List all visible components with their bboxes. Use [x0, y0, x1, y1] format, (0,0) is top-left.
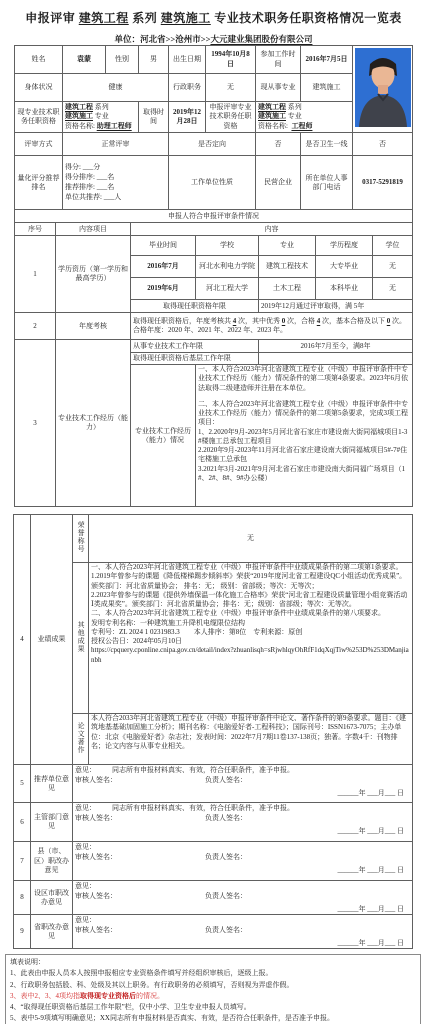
unit-nature-label: 工作单位性质: [169, 156, 256, 210]
unit-line: 单位：河北省>>沧州市>>大元建业集团股份有限公司: [14, 33, 413, 45]
reviewer-sign-label: 审核人签名：: [75, 926, 117, 934]
opinion5-no: 5: [14, 765, 31, 803]
edu-col-major: 专业: [259, 236, 316, 256]
edu-col-date: 毕业时间: [131, 236, 196, 256]
review-mode-label: 评审方式: [15, 133, 63, 156]
opinion8-no: 8: [14, 881, 31, 915]
quant-total: 单位共推荐: ___人: [65, 193, 166, 202]
note-item-1: 1、此表由申报人员本人按照申报相应专业资格条件填写并经组织审核后，逐级上报。: [10, 968, 416, 979]
experience-paragraph: 一、本人符合2023年河北省建筑工程专业（中级）申报评审条件中专业技术工作经历（…: [198, 365, 410, 393]
leader-sign-label: 负责人签名：: [205, 926, 247, 934]
opinion6-content: 意见：同志所有申报材料真实、有效，符合任职条件，准予申报。 审核人签名：负责人签…: [73, 803, 413, 842]
work-years-value: 2016年7月至今，满8年: [259, 340, 413, 353]
opinion-date-line: ______年 ___月___ 日: [75, 827, 410, 836]
target-qual-label: 申报评审专业技术职务任职资格: [206, 101, 256, 133]
table-row: 6 主管部门意见 意见：同志所有申报材料真实、有效，符合任职条件，准予申报。 审…: [14, 803, 413, 842]
target-qual-major: 建筑施工: [258, 112, 286, 120]
other-results-label: 其他成果: [73, 563, 89, 714]
opinion-date-line: ______年 ___月___ 日: [75, 789, 410, 798]
opinion-label: 意见：: [75, 804, 96, 812]
opinion5-label: 推荐单位意见: [31, 765, 73, 803]
opinion-date-line: ______年 ___月___ 日: [75, 905, 410, 914]
opinion9-no: 9: [14, 915, 31, 949]
opinion5-content: 意见：同志所有申报材料真实、有效，符合任职条件，准予申报。 审核人签名：负责人签…: [73, 765, 413, 803]
quant-recommend-rank: 推荐排序: ___名: [65, 183, 166, 192]
table-row: 8 设区市职改办意见 意见： 审核人签名：负责人签名： ______年 ___月…: [14, 881, 413, 915]
experience-paragraph: 二、本人符合2023年河北省建筑工程专业（中级）申报评审条件中专业技术工作经历（…: [198, 400, 410, 428]
tenure-label: 取得现任职资格年限: [131, 300, 259, 313]
paper-label-text: 论文著作: [76, 722, 85, 754]
appraisal-seg: 次，基本合格及以下: [320, 317, 387, 325]
opinion-date-line: ______年 ___月___ 日: [75, 866, 410, 875]
opinion-label: 意见：: [75, 766, 96, 774]
paper-label: 论文著作: [73, 714, 89, 765]
edu-row1-date: 2016年7月: [131, 256, 196, 278]
appraisal-seg: 次，其中优秀: [236, 317, 282, 325]
profession-value: 建筑施工: [301, 74, 353, 101]
opinion8-content: 意见： 审核人签名：负责人签名： ______年 ___月___ 日: [73, 881, 413, 915]
col-content: 内容: [131, 223, 413, 236]
patent-name: 发明专利名称：一种建筑施工升降机电缆限位结构: [91, 619, 410, 628]
tenure-value: 2019年12月通过评审取得，满 5年: [259, 300, 413, 313]
frontline-value: 否: [353, 133, 413, 156]
edu-col-diploma: 学位: [373, 236, 413, 256]
achievements-no: 4: [14, 515, 31, 765]
admin-label: 行政职务: [169, 74, 206, 101]
title-series: 建筑工程: [79, 11, 129, 25]
directional-label: 是否定向: [169, 133, 256, 156]
health-value: 健康: [63, 74, 169, 101]
note3-emphasis: 取得现专业资格后: [80, 992, 136, 1000]
other-results-label-text: 其他成果: [76, 621, 85, 653]
work-years-label: 从事专业技术工作年限: [131, 340, 259, 353]
appraisal-item: 年度考核: [56, 313, 131, 340]
experience-detail: 一、本人符合2023年河北省建筑工程专业（中级）申报评审条件中专业技术工作经历（…: [196, 365, 413, 507]
conditions-section-title: 申报人符合申报评审条件情况: [15, 210, 413, 223]
note-item-2: 2、行政职务包括股、科、处级及其以上职务。有行政职务的必须填写，否则视为弄虚作假…: [10, 980, 416, 991]
achievements-opinions-table: 4 业绩成果 荣誉称号 无 其他成果 一、本人符合2023年河北省建筑工程专业（…: [13, 514, 413, 949]
edu-row1-degree: 大专毕业: [316, 256, 373, 278]
honor-value: 无: [89, 515, 413, 563]
page-title: 申报评审 建筑工程 系列 建筑施工 专业技术职务任职资格情况一览表: [14, 9, 413, 26]
honor-label: 荣誉称号: [73, 515, 89, 563]
title-suffix: 专业技术职务任职资格情况一览表: [214, 11, 402, 25]
note3-suffix: 的情况。: [136, 992, 164, 1000]
opinion6-no: 6: [14, 803, 31, 842]
obtain-value: 2019年12月28日: [169, 101, 206, 133]
review-mode-value: 正常评审: [63, 133, 169, 156]
applicant-info-table: 姓名 袁蒙 性别 男 出生日期 1994年10月8日 参加工作时间 2016年7…: [14, 45, 413, 210]
target-qual-series-suffix: 系列: [288, 103, 302, 111]
title-major: 建筑施工: [161, 11, 211, 25]
reviewer-sign-label: 审核人签名：: [75, 892, 117, 900]
opinion9-label: 省职改办意见: [31, 915, 73, 949]
experience-item: 专业技术工作经历（能力）: [56, 340, 131, 507]
obtain-label: 取得时间: [139, 101, 169, 133]
experience-project: 3.2021年3月-2021年9月河北省石家庄市建设南大街同福广场项目（1#、2…: [198, 465, 410, 483]
gender-value: 男: [139, 46, 169, 74]
appraisal-seg: 取得现任职资格后，年度考核共: [133, 317, 233, 325]
work-start-label: 参加工作时间: [256, 46, 301, 74]
leader-sign-label: 负责人签名：: [205, 853, 247, 861]
education-item: 学历资历（第一学历和最高学历）: [56, 236, 131, 313]
reviewer-sign-label: 审核人签名：: [75, 776, 117, 784]
opinion-date-line: ______年 ___月___ 日: [75, 939, 410, 948]
reviewer-sign-label: 审核人签名：: [75, 814, 117, 822]
other-paragraph: 1.2019年曾参与的课题《降低楼梯踢步倾斜率》荣获“2019年度河北省工程建设…: [91, 572, 410, 590]
appraisal-text: 取得现任职资格后，年度考核共 4 次，其中优秀 0 次，合格 4 次，基本合格及…: [131, 313, 413, 340]
current-qual-series: 建筑工程: [65, 103, 93, 111]
edu-row2-diploma: 无: [373, 278, 413, 300]
edu-row1-diploma: 无: [373, 256, 413, 278]
opinion-label: 意见：: [75, 882, 96, 890]
current-qual-major: 建筑施工: [65, 112, 93, 120]
form-notes: 填表说明： 1、此表由申报人员本人按照申报相应专业资格条件填写并经组织审核后，逐…: [5, 954, 421, 1024]
target-qual-major-suffix: 专业: [288, 112, 302, 120]
opinion7-label: 县（市、区）职改办意见: [31, 842, 73, 881]
other-paragraph: 2.2023年曾参与的课题《提供外墙保温一体化施工合格率》荣获“河北省工程建设质…: [91, 591, 410, 609]
hr-phone-label: 所在单位人事部门电话: [301, 156, 353, 210]
target-qual-name-label: 资格名称:: [258, 122, 288, 130]
admin-value: 无: [206, 74, 256, 101]
title-prefix: 申报评审: [25, 11, 75, 25]
gender-label: 性别: [106, 46, 139, 74]
applicant-photo-image: [355, 48, 411, 127]
target-qual-series: 建筑工程: [258, 103, 286, 111]
education-no: 1: [15, 236, 56, 313]
work-start-value: 2016年7月5日: [301, 46, 353, 74]
birth-label: 出生日期: [169, 46, 206, 74]
frontline-label: 是否卫生一线: [301, 133, 353, 156]
reviewer-sign-label: 审核人签名：: [75, 853, 117, 861]
leader-sign-label: 负责人签名：: [205, 776, 247, 784]
unit-label: 单位：: [115, 34, 141, 44]
appraisal-seg: 次，合格: [285, 317, 317, 325]
note-item-4: 4、“取得现任职资格后基层工作年限”栏，仅中小学、卫生专业申报人员填写。: [10, 1002, 416, 1013]
edu-row1-major: 建筑工程技术: [259, 256, 316, 278]
opinion-label: 意见：: [75, 916, 96, 924]
current-qual-series-suffix: 系列: [95, 103, 109, 111]
patent-grant-date: 授权公告日：2024年05月10日: [91, 637, 410, 646]
opinion7-content: 意见： 审核人签名：负责人签名： ______年 ___月___ 日: [73, 842, 413, 881]
birth-value: 1994年10月8日: [206, 46, 256, 74]
edu-row2-date: 2019年6月: [131, 278, 196, 300]
experience-project: 2.2020年9月-2023年11月河北省石家庄建设南大街同福城项目5#-7#住…: [198, 446, 410, 464]
current-qual-name-label: 资格名称:: [65, 122, 95, 130]
note-item-5: 5、表中5-9项填写明确意见；XX同志所有申报材料是否真实、有效，是否符合任职条…: [10, 1013, 416, 1024]
patent-number: 专利号：ZL 2024 1 0231983.3 本人排序：第8位 专利来源：原创: [91, 628, 410, 637]
patent-url: https://cpquery.cponline.cnipa.gov.cn/de…: [91, 646, 410, 664]
edu-col-degree: 学历程度: [316, 236, 373, 256]
experience-detail-label: 专业技术工作经历（能力）情况: [131, 365, 196, 507]
col-no: 序号: [15, 223, 56, 236]
table-row: 9 省职改办意见 意见： 审核人签名：负责人签名： ______年 ___月__…: [14, 915, 413, 949]
health-label: 身体状况: [15, 74, 63, 101]
other-paragraph: 二、本人符合2023年河北省建筑工程专业（中级）申报评审条件中业绩成果条件的第八…: [91, 609, 410, 618]
current-qual-name: 助理工程师: [97, 122, 132, 130]
name-value: 袁蒙: [63, 46, 106, 74]
leader-sign-label: 负责人签名：: [205, 814, 247, 822]
title-mid: 系列: [132, 11, 157, 25]
notes-title: 填表说明：: [10, 957, 416, 968]
leader-sign-label: 负责人签名：: [205, 892, 247, 900]
current-qual-value: 建筑工程 系列 建筑施工 专业 资格名称: 助理工程师: [63, 101, 139, 133]
edu-row2-school: 河北工程大学: [196, 278, 259, 300]
note-item-3: 3、表中2、3、4项均指取得现专业资格后的情况。: [10, 991, 416, 1002]
grassroots-value: [259, 353, 413, 365]
current-qual-major-suffix: 专业: [95, 112, 109, 120]
unit-region: 河北省>>沧州市>>: [140, 34, 210, 44]
grassroots-label: 取得现任职资格后基层工作年限: [131, 353, 259, 365]
quant-label: 量化评分推荐排名: [15, 156, 63, 210]
experience-no: 3: [15, 340, 56, 507]
unit-nature-value: 民营企业: [256, 156, 301, 210]
opinion7-no: 7: [14, 842, 31, 881]
current-qual-label: 现专业技术职务任职资格: [15, 101, 63, 133]
target-qual-name: 工程师: [291, 122, 312, 130]
directional-value: 否: [256, 133, 301, 156]
edu-row2-major: 土木工程: [259, 278, 316, 300]
name-label: 姓名: [15, 46, 63, 74]
honor-label-text: 荣誉称号: [76, 521, 85, 553]
opinion-text: 同志所有申报材料真实、有效，符合任职条件，准予申报。: [112, 766, 294, 774]
applicant-photo: [353, 46, 413, 133]
appraisal-no: 2: [15, 313, 56, 340]
experience-project: 1、2.2020年9月-2023年5月河北省石家庄市建设南大街同福城项目1-3#…: [198, 428, 410, 446]
unit-company: 大元建业集团股份有限公司: [210, 34, 312, 44]
conditions-table: 申报人符合申报评审条件情况 序号 内容项目 内容 1 学历资历（第一学历和最高学…: [14, 209, 413, 507]
opinion6-label: 主管部门意见: [31, 803, 73, 842]
target-qual-value: 建筑工程 系列 建筑施工 专业 资格名称: 工程师: [256, 101, 353, 133]
profession-label: 现从事专业: [256, 74, 301, 101]
table-row: 7 县（市、区）职改办意见 意见： 审核人签名：负责人签名： ______年 _…: [14, 842, 413, 881]
paper-text: 本人符合2033年河北省建筑工程专业（中级）申报评审条件中论文、著作条件的第9条…: [89, 714, 413, 765]
note3-prefix: 3、表中2、3、4项均指: [10, 992, 80, 1000]
hr-phone-value: 0317-5291819: [353, 156, 413, 210]
opinion9-content: 意见： 审核人签名：负责人签名： ______年 ___月___ 日: [73, 915, 413, 949]
col-item: 内容项目: [56, 223, 131, 236]
quant-values: 得分: ___分 得分排序: ___名 推荐排序: ___名 单位共推荐: __…: [63, 156, 169, 210]
opinion-label: 意见：: [75, 843, 96, 851]
quant-score-rank: 得分排序: ___名: [65, 173, 166, 182]
edu-row1-school: 河北水利电力学院: [196, 256, 259, 278]
opinion-text: 同志所有申报材料真实、有效，符合任职条件，准予申报。: [112, 804, 294, 812]
edu-col-school: 学校: [196, 236, 259, 256]
edu-row2-degree: 本科毕业: [316, 278, 373, 300]
table-row: 5 推荐单位意见 意见：同志所有申报材料真实、有效，符合任职条件，准予申报。 审…: [14, 765, 413, 803]
achievements-item: 业绩成果: [31, 515, 73, 765]
opinion8-label: 设区市职改办意见: [31, 881, 73, 915]
quant-score: 得分: ___分: [65, 163, 166, 172]
other-results: 一、本人符合2023年河北省建筑工程专业（中级）申报评审条件中业绩成果条件的第二…: [89, 563, 413, 714]
